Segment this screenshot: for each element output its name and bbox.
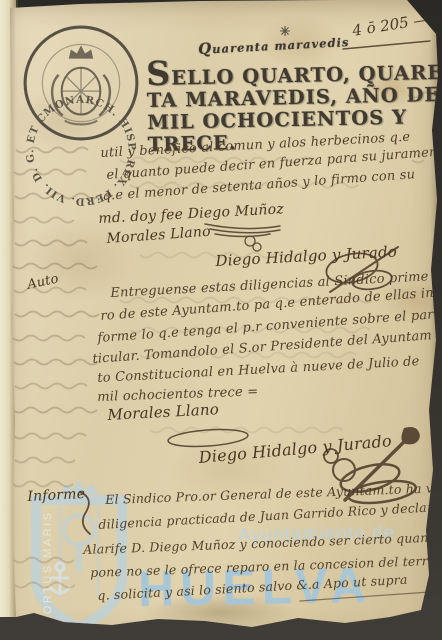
- ink-flourishes: [0, 0, 442, 640]
- manuscript-page: PORTUS MARIS Ayuntamiento de HUELVA MONA…: [0, 0, 442, 640]
- scanned-document: PORTUS MARIS Ayuntamiento de HUELVA MONA…: [0, 0, 442, 640]
